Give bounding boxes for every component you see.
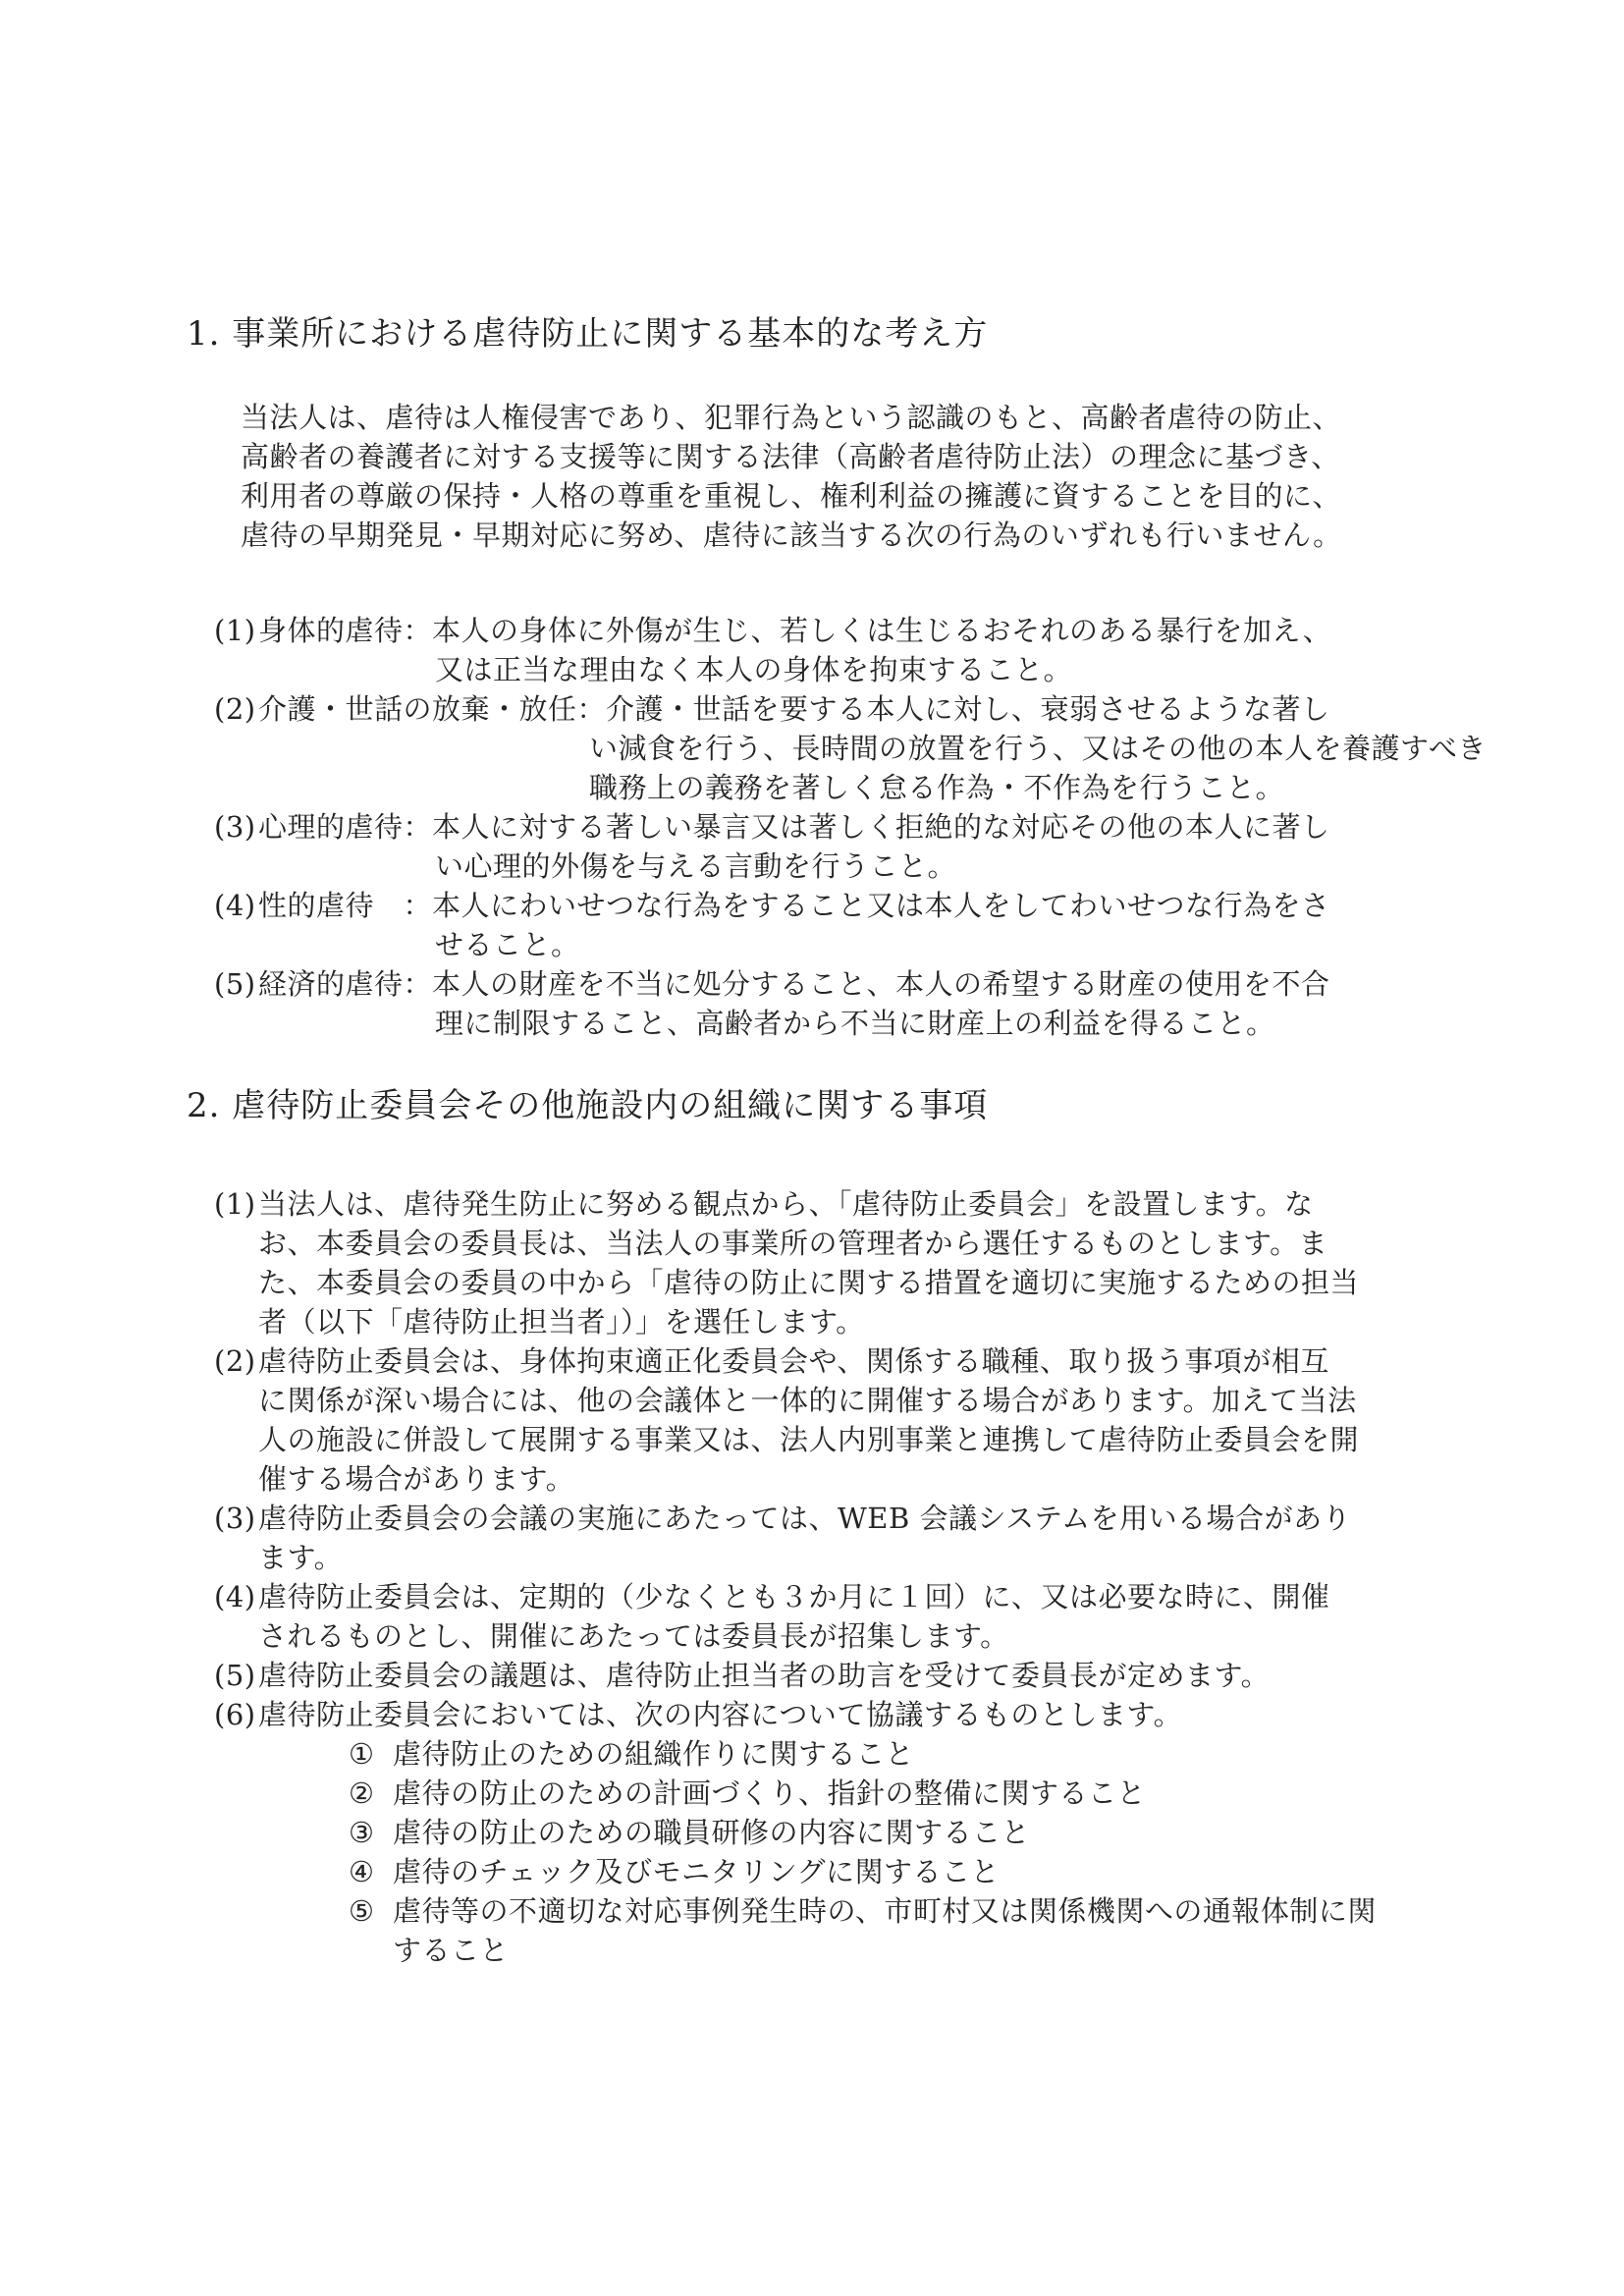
item-text: 性的虐待 ：本人にわいせつな行為をすること又は本人をしてわいせつな行為をさ [258, 889, 1330, 922]
section2-committee-list: (1)当法人は、虐待発生防止に努める観点から、「虐待防止委員会」を設置します。な… [0, 1184, 1624, 1970]
list-item-continuation: 又は正当な理由なく本人の身体を拘束すること。 [0, 650, 1624, 689]
item-number: (4) [214, 886, 258, 925]
sub-item-text: 虐待防止のための組織作りに関すること [393, 1737, 914, 1771]
list-item-continuation: 催する場合があります。 [0, 1459, 1624, 1499]
item-text: 介護・世話の放棄・放任：介護・世話を要する本人に対し、衰弱させるような著し [258, 692, 1330, 726]
intro-line: 利用者の尊厳の保持・人格の尊重を重視し、権利利益の擁護に資することを目的に、 [0, 476, 1624, 516]
list-item-continuation: い減食を行う、長時間の放置を行う、又はその他の本人を養護すべき [0, 729, 1624, 768]
item-text: 当法人は、虐待発生防止に努める観点から、「虐待防止委員会」を設置します。な [258, 1187, 1314, 1221]
sub-item-text: 虐待等の不適切な対応事例発生時の、市町村又は関係機関への通報体制に関 [393, 1894, 1377, 1928]
list-item: (1)当法人は、虐待発生防止に努める観点から、「虐待防止委員会」を設置します。な [0, 1184, 1624, 1224]
sub-list-item-continuation: すること [0, 1931, 1624, 1970]
item-text: 虐待防止委員会は、身体拘束適正化委員会や、関係する職種、取り扱う事項が相互 [258, 1344, 1329, 1378]
circled-number: ③ [349, 1813, 393, 1852]
sub-item-text: 虐待の防止のための職員研修の内容に関すること [393, 1816, 1030, 1849]
sub-list-item: ⑤虐待等の不適切な対応事例発生時の、市町村又は関係機関への通報体制に関 [0, 1891, 1624, 1931]
list-item: (6)虐待防止委員会においては、次の内容について協議するものとします。 [0, 1695, 1624, 1734]
item-text: 虐待防止委員会においては、次の内容について協議するものとします。 [258, 1698, 1182, 1731]
intro-line: 虐待の早期発見・早期対応に努め、虐待に該当する次の行為のいずれも行いません。 [0, 516, 1624, 555]
sub-list-item: ①虐待防止のための組織作りに関すること [0, 1734, 1624, 1774]
item-number: (4) [214, 1577, 258, 1616]
list-item: (3)心理的虐待：本人に対する著しい暴言又は著しく拒絶的な対応その他の本人に著し [0, 807, 1624, 847]
list-item: (3)虐待防止委員会の会議の実施にあたっては、WEB 会議システムを用いる場合が… [0, 1499, 1624, 1538]
section1-heading: 1. 事業所における虐待防止に関する基本的な考え方 [187, 306, 988, 355]
sub-list-item: ②虐待の防止のための計画づくり、指針の整備に関すること [0, 1774, 1624, 1813]
list-item-continuation: せること。 [0, 925, 1624, 964]
item-number: (1) [214, 611, 258, 650]
document-page: 1. 事業所における虐待防止に関する基本的な考え方 当法人は、虐待は人権侵害であ… [0, 0, 1624, 2296]
list-item-continuation: 者（以下「虐待防止担当者」）」を選任します。 [0, 1302, 1624, 1341]
item-text: 経済的虐待：本人の財産を不当に処分すること、本人の希望する財産の使用を不合 [258, 967, 1330, 1001]
item-number: (1) [214, 1184, 258, 1224]
list-item: (2)介護・世話の放棄・放任：介護・世話を要する本人に対し、衰弱させるような著し [0, 689, 1624, 729]
item-number: (2) [214, 1341, 258, 1381]
list-item-continuation: 理に制限すること、高齢者から不当に財産上の利益を得ること。 [0, 1004, 1624, 1043]
item-number: (3) [214, 1499, 258, 1538]
sub-item-text: 虐待の防止のための計画づくり、指針の整備に関すること [393, 1777, 1146, 1810]
list-item-continuation: ます。 [0, 1538, 1624, 1577]
intro-line: 高齢者の養護者に対する支援等に関する法律（高齢者虐待防止法）の理念に基づき、 [0, 437, 1624, 476]
item-number: (5) [214, 964, 258, 1004]
item-text: 心理的虐待：本人に対する著しい暴言又は著しく拒絶的な対応その他の本人に著し [258, 810, 1330, 844]
sub-list-item: ④虐待のチェック及びモニタリングに関すること [0, 1852, 1624, 1891]
list-item-continuation: 職務上の義務を著しく怠る作為・不作為を行うこと。 [0, 768, 1624, 807]
section2-heading: 2. 虐待防止委員会その他施設内の組織に関する事項 [187, 1078, 988, 1126]
item-text: 身体的虐待：本人の身体に外傷が生じ、若しくは生じるおそれのある暴行を加え、 [258, 614, 1331, 647]
item-number: (6) [214, 1695, 258, 1734]
circled-number: ② [349, 1774, 393, 1813]
item-number: (2) [214, 689, 258, 729]
section1-intro-paragraph: 当法人は、虐待は人権侵害であり、犯罪行為という認識のもと、高齢者虐待の防止、 高… [0, 398, 1624, 555]
list-item-continuation: に関係が深い場合には、他の会議体と一体的に開催する場合があります。加えて当法 [0, 1381, 1624, 1420]
list-item: (5)経済的虐待：本人の財産を不当に処分すること、本人の希望する財産の使用を不合 [0, 964, 1624, 1004]
circled-number: ① [349, 1734, 393, 1774]
item-text: 虐待防止委員会の会議の実施にあたっては、WEB 会議システムを用いる場合があり [258, 1502, 1351, 1535]
list-item-continuation: お、本委員会の委員長は、当法人の事業所の管理者から選任するものとします。ま [0, 1224, 1624, 1263]
item-text: 虐待防止委員会は、定期的（少なくとも３か月に１回）に、又は必要な時に、開催 [258, 1580, 1330, 1613]
intro-line: 当法人は、虐待は人権侵害であり、犯罪行為という認識のもと、高齢者虐待の防止、 [0, 398, 1624, 437]
sub-item-text: 虐待のチェック及びモニタリングに関すること [393, 1855, 1000, 1888]
item-text: 虐待防止委員会の議題は、虐待防止担当者の助言を受けて委員長が定めます。 [258, 1659, 1270, 1692]
list-item-continuation: た、本委員会の委員の中から「虐待の防止に関する措置を適切に実施するための担当 [0, 1263, 1624, 1302]
item-number: (3) [214, 807, 258, 847]
list-item-continuation: い心理的外傷を与える言動を行うこと。 [0, 847, 1624, 886]
list-item-continuation: 人の施設に併設して展開する事業又は、法人内別事業と連携して虐待防止委員会を開 [0, 1420, 1624, 1459]
item-number: (5) [214, 1656, 258, 1695]
list-item: (5)虐待防止委員会の議題は、虐待防止担当者の助言を受けて委員長が定めます。 [0, 1656, 1624, 1695]
sub-list-item: ③虐待の防止のための職員研修の内容に関すること [0, 1813, 1624, 1852]
section1-abuse-type-list: (1)身体的虐待：本人の身体に外傷が生じ、若しくは生じるおそれのある暴行を加え、… [0, 611, 1624, 1043]
list-item: (2)虐待防止委員会は、身体拘束適正化委員会や、関係する職種、取り扱う事項が相互 [0, 1341, 1624, 1381]
circled-number: ④ [349, 1852, 393, 1891]
circled-number: ⑤ [349, 1891, 393, 1931]
list-item: (4)虐待防止委員会は、定期的（少なくとも３か月に１回）に、又は必要な時に、開催 [0, 1577, 1624, 1616]
list-item: (4)性的虐待 ：本人にわいせつな行為をすること又は本人をしてわいせつな行為をさ [0, 886, 1624, 925]
list-item: (1)身体的虐待：本人の身体に外傷が生じ、若しくは生じるおそれのある暴行を加え、 [0, 611, 1624, 650]
list-item-continuation: されるものとし、開催にあたっては委員長が招集します。 [0, 1616, 1624, 1656]
